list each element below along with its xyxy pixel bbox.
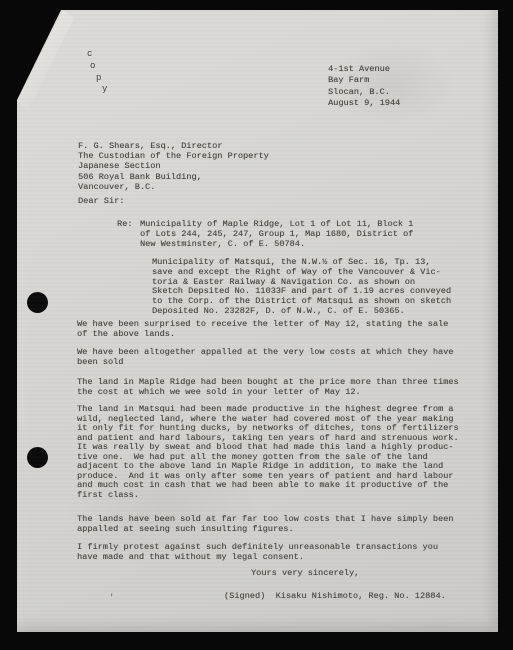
hole-punch <box>27 292 48 313</box>
hole-punch <box>27 447 48 468</box>
body-paragraph: We have been altogether appalled at the … <box>77 348 453 367</box>
body-paragraph: The land in Matsqui had been made produc… <box>77 405 459 500</box>
recipient-address-block: F. G. Shears, Esq., Director The Custodi… <box>78 141 269 192</box>
salutation: Dear Sir: <box>78 197 124 207</box>
reference-label: Re: <box>117 220 132 230</box>
signature-line: (Signed) Kisaku Nishimoto, Reg. No. 1288… <box>224 592 446 602</box>
letter-page: c o p y 4-1st Avenue Bay Farm Slocan, B.… <box>17 10 498 632</box>
body-paragraph: The lands have been sold at far far too … <box>77 515 453 534</box>
body-paragraph: The land in Maple Ridge had been bought … <box>77 378 459 397</box>
copy-stamp-letter: o <box>90 61 95 71</box>
scan-background: c o p y 4-1st Avenue Bay Farm Slocan, B.… <box>0 0 513 650</box>
copy-stamp-letter: p <box>96 73 101 83</box>
body-paragraph: We have been surprised to receive the le… <box>77 320 448 339</box>
scan-artifact-mark: ' <box>109 593 114 603</box>
reference-paragraph: Municipality of Matsqui, the N.W.½ of Se… <box>152 258 451 317</box>
complimentary-close: Yours very sincerely, <box>251 569 359 579</box>
folded-corner <box>17 10 89 122</box>
sender-address-block: 4-1st Avenue Bay Farm Slocan, B.C. Augus… <box>328 64 400 109</box>
copy-stamp-letter: y <box>102 84 107 94</box>
copy-stamp-letter: c <box>87 49 92 59</box>
reference-paragraph: Municipality of Maple Ridge, Lot 1 of Lo… <box>140 220 413 249</box>
body-paragraph: I firmly protest against such definitely… <box>77 543 438 562</box>
